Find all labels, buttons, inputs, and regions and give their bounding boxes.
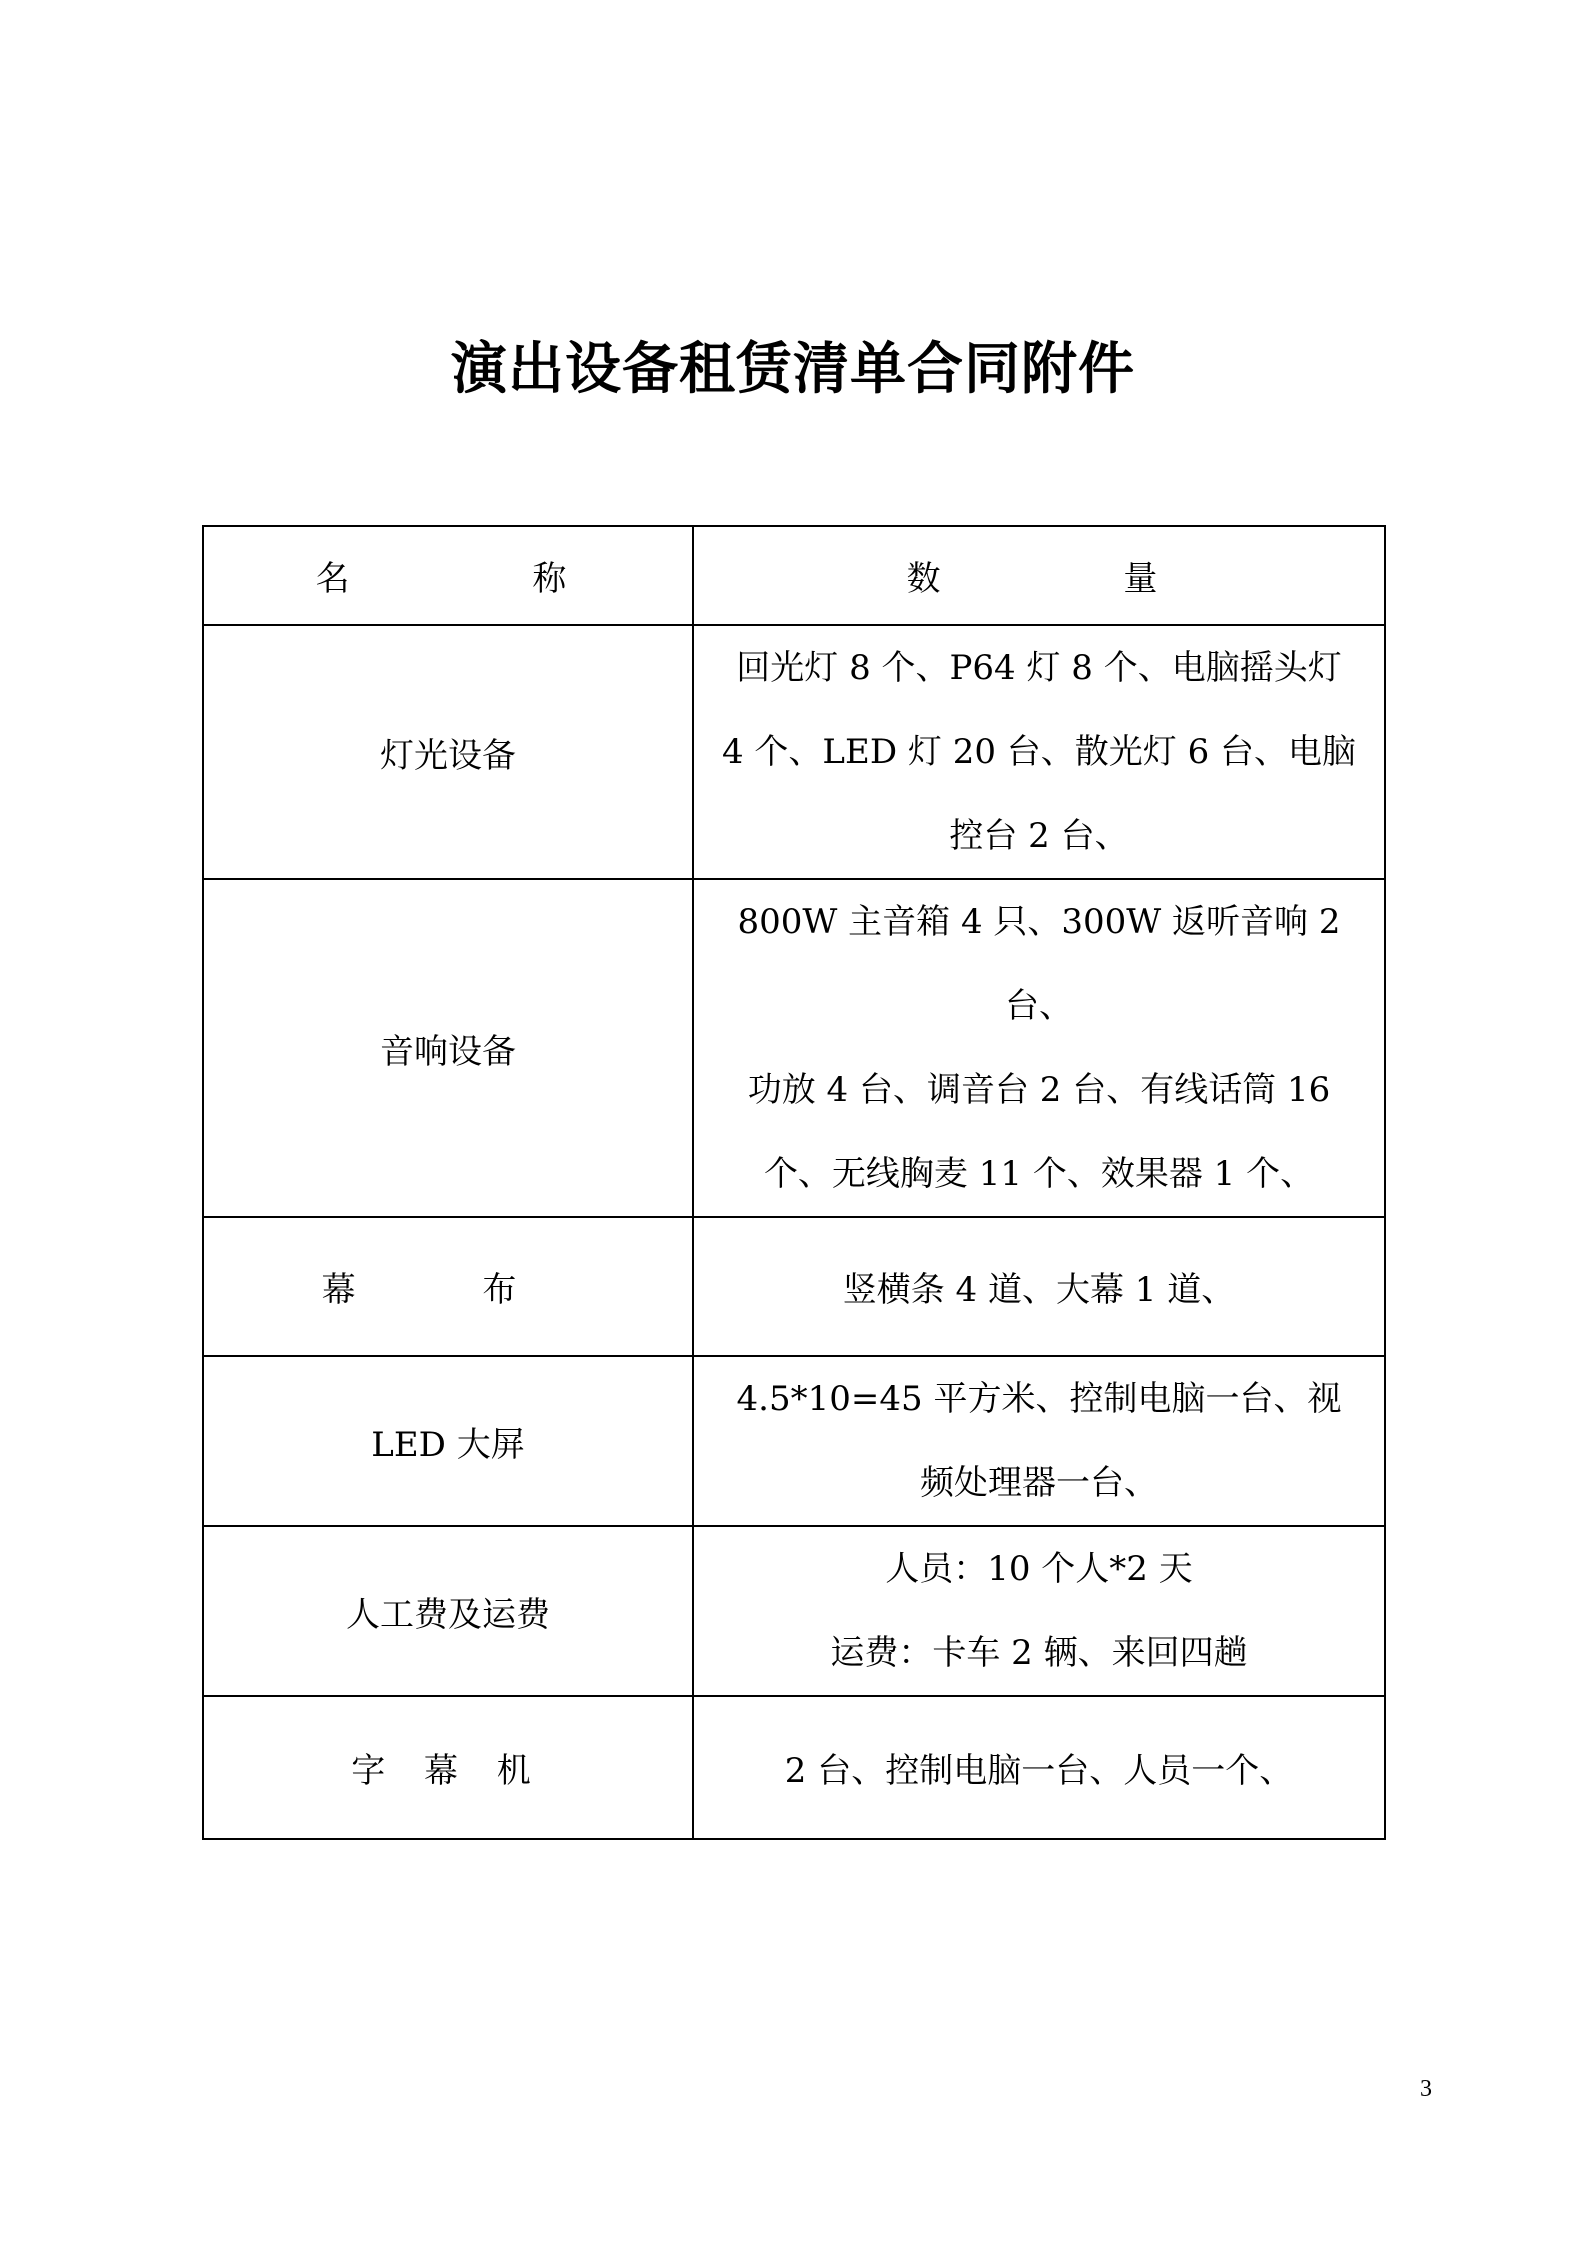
document-title: 演出设备租赁清单合同附件 (0, 332, 1586, 408)
row-quantity-labor-freight: 人员：10 个人*2 天 运费：卡车 2 辆、来回四趟 (693, 1526, 1385, 1696)
page-number: 3 (1420, 2076, 1432, 2103)
quantity-line: 人员：10 个人*2 天 (708, 1527, 1370, 1611)
quantity-line: 频处理器一台、 (708, 1441, 1370, 1525)
quantity-line: 2 台、控制电脑一台、人员一个、 (708, 1743, 1370, 1792)
quantity-line: 个、无线胸麦 11 个、效果器 1 个、 (708, 1132, 1370, 1216)
quantity-line: 功放 4 台、调音台 2 台、有线话筒 16 (708, 1048, 1370, 1132)
quantity-line: 800W 主音箱 4 只、300W 返听音响 2 台、 (708, 880, 1370, 1048)
row-name-lighting: 灯光设备 (203, 625, 693, 879)
table-row: 字 幕 机 2 台、控制电脑一台、人员一个、 (203, 1696, 1385, 1839)
table-row: 音响设备 800W 主音箱 4 只、300W 返听音响 2 台、 功放 4 台、… (203, 879, 1385, 1217)
row-quantity-curtain: 竖横条 4 道、大幕 1 道、 (693, 1217, 1385, 1356)
row-quantity-audio: 800W 主音箱 4 只、300W 返听音响 2 台、 功放 4 台、调音台 2… (693, 879, 1385, 1217)
quantity-line: 4 个、LED 灯 20 台、散光灯 6 台、电脑 (708, 710, 1370, 794)
quantity-line: 回光灯 8 个、P64 灯 8 个、电脑摇头灯 (708, 626, 1370, 710)
row-quantity-lighting: 回光灯 8 个、P64 灯 8 个、电脑摇头灯 4 个、LED 灯 20 台、散… (693, 625, 1385, 879)
header-quantity: 数 量 (693, 526, 1385, 625)
table-header-row: 名 称 数 量 (203, 526, 1385, 625)
quantity-line: 4.5*10=45 平方米、控制电脑一台、视 (708, 1357, 1370, 1441)
quantity-line: 竖横条 4 道、大幕 1 道、 (708, 1262, 1370, 1311)
table-row: 人工费及运费 人员：10 个人*2 天 运费：卡车 2 辆、来回四趟 (203, 1526, 1385, 1696)
header-name: 名 称 (203, 526, 693, 625)
row-name-subtitle-machine: 字 幕 机 (203, 1696, 693, 1839)
quantity-line: 运费：卡车 2 辆、来回四趟 (708, 1611, 1370, 1695)
equipment-rental-table: 名 称 数 量 灯光设备 回光灯 8 个、P64 灯 8 个、电脑摇头灯 4 个… (202, 525, 1386, 1840)
row-name-led-screen: LED 大屏 (203, 1356, 693, 1526)
row-name-labor-freight: 人工费及运费 (203, 1526, 693, 1696)
table-row: 灯光设备 回光灯 8 个、P64 灯 8 个、电脑摇头灯 4 个、LED 灯 2… (203, 625, 1385, 879)
row-name-curtain: 幕 布 (203, 1217, 693, 1356)
row-quantity-subtitle-machine: 2 台、控制电脑一台、人员一个、 (693, 1696, 1385, 1839)
quantity-line: 控台 2 台、 (708, 794, 1370, 878)
row-quantity-led-screen: 4.5*10=45 平方米、控制电脑一台、视 频处理器一台、 (693, 1356, 1385, 1526)
table-row: 幕 布 竖横条 4 道、大幕 1 道、 (203, 1217, 1385, 1356)
table-row: LED 大屏 4.5*10=45 平方米、控制电脑一台、视 频处理器一台、 (203, 1356, 1385, 1526)
row-name-audio: 音响设备 (203, 879, 693, 1217)
